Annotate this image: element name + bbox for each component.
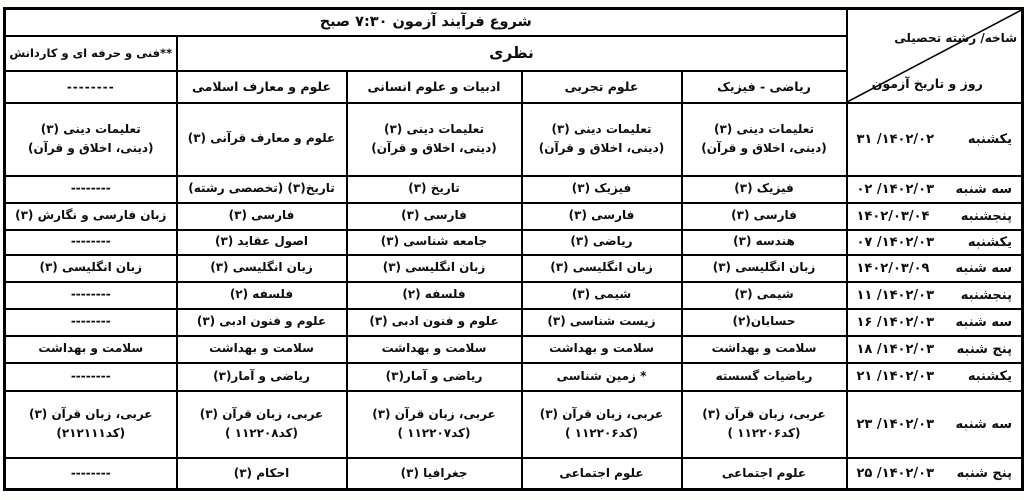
subject-cell-math-physics: شیمی (۳) (682, 282, 847, 309)
subject-cell-math-physics: فارسی (۳) (682, 203, 847, 230)
subject-line: جامعه شناسی (۳) (351, 232, 518, 251)
subject-line: جغرافیا (۳) (351, 464, 518, 483)
exam-date: ۱۴۰۲/۰۳/ ۲۵ (857, 466, 935, 481)
subject-cell-literature-humanities: تعلیمات دینی (۳)(دینی، اخلاق و قرآن) (347, 103, 522, 176)
schedule-row: پنج شنبه۱۴۰۲/۰۳/ ۱۸سلامت و بهداشتسلامت و… (5, 336, 1023, 363)
subject-cell-islamic-sciences: علوم و معارف قرآنی (۳) (177, 103, 347, 176)
day-name: سه شنبه (956, 182, 1012, 197)
schedule-row: سه شنبه۱۴۰۲/۰۳/ ۰۲فیزیک (۳)فیزیک (۳)تاری… (5, 176, 1023, 203)
subject-line: (کد۱۱۲۲۰۶ ) (686, 424, 843, 443)
subject-cell-islamic-sciences: سلامت و بهداشت (177, 336, 347, 363)
subject-line: زبان انگلیسی (۳) (686, 258, 843, 277)
subject-line: (کد۱۱۲۲۰۸ ) (181, 424, 343, 443)
subject-line: احکام (۳) (181, 464, 343, 483)
day-date-wrap: پنج شنبه۱۴۰۲/۰۳/ ۲۵ (848, 466, 1022, 481)
subject-cell-technical-vocational: -------- (5, 282, 177, 309)
subject-cell-technical-vocational: سلامت و بهداشت (5, 336, 177, 363)
day-name: پنج شنبه (957, 466, 1012, 481)
subject-cell-islamic-sciences: تاریخ(۳) (تخصصی رشته) (177, 176, 347, 203)
subject-line: -------- (9, 367, 173, 386)
column-header-math-physics: ریاضی - فیزیک (682, 71, 847, 103)
schedule-row: پنجشنبه۱۴۰۲/۰۳/۰۴فارسی (۳)فارسی (۳)فارسی… (5, 203, 1023, 230)
corner-header-cell: شاخه/ رشته تحصیلی روز و تاریخ آزمون (847, 9, 1023, 103)
exam-date: ۱۴۰۲/۰۳/۰۹ (857, 261, 930, 276)
day-name: پنجشنبه (961, 288, 1012, 303)
subject-cell-islamic-sciences: علوم و فنون ادبی (۳) (177, 309, 347, 336)
subject-line: (دینی، اخلاق و قرآن) (9, 139, 173, 158)
schedule-row: سه شنبه۱۴۰۲/۰۳/ ۲۳عربی، زبان قرآن (۳)(کد… (5, 391, 1023, 458)
subject-line: زیست شناسی (۳) (526, 312, 678, 331)
subject-line: علوم و فنون ادبی (۳) (181, 312, 343, 331)
subject-cell-technical-vocational: -------- (5, 309, 177, 336)
day-name: یکشنبه (968, 235, 1012, 250)
subject-cell-islamic-sciences: فارسی (۳) (177, 203, 347, 230)
exam-date: ۱۴۰۲/۰۳/۰۴ (857, 209, 930, 224)
day-name: پنجشنبه (961, 209, 1012, 224)
subject-cell-literature-humanities: ریاضی و آمار(۳) (347, 363, 522, 391)
subject-cell-literature-humanities: جامعه شناسی (۳) (347, 230, 522, 255)
day-date-wrap: پنج شنبه۱۴۰۲/۰۳/ ۱۸ (848, 342, 1022, 357)
subject-line: تعلیمات دینی (۳) (9, 120, 173, 139)
exam-start-time-note: شروع فرآیند آزمون ۷:۳۰ صبح (5, 9, 847, 36)
subject-line: سلامت و بهداشت (9, 339, 173, 358)
subject-cell-technical-vocational: -------- (5, 176, 177, 203)
column-header-literature-humanities: ادبیات و علوم انسانی (347, 71, 522, 103)
subject-line: -------- (9, 179, 173, 198)
schedule-row: یکشنبه۱۴۰۲/۰۳/ ۰۷هندسه (۳)ریاضی (۳)جامعه… (5, 230, 1023, 255)
subject-cell-literature-humanities: تاریخ (۳) (347, 176, 522, 203)
subject-line: شیمی (۳) (526, 285, 678, 304)
subject-line: فارسی (۳) (351, 206, 518, 225)
subject-line: زبان فارسی و نگارش (۳) (9, 206, 173, 225)
subject-line: ریاضیات گسسته (686, 367, 843, 386)
subject-line: هندسه (۳) (686, 232, 843, 251)
subject-line: -------- (9, 464, 173, 483)
schedule-row: سه شنبه۱۴۰۲/۰۳/ ۱۶حسابان(۲)زیست شناسی (۳… (5, 309, 1023, 336)
day-name: سه شنبه (956, 261, 1012, 276)
exam-schedule-table: شاخه/ رشته تحصیلی روز و تاریخ آزمون شروع… (3, 7, 1024, 491)
subject-line: ریاضی و آمار(۳) (351, 367, 518, 386)
subject-cell-math-physics: تعلیمات دینی (۳)(دینی، اخلاق و قرآن) (682, 103, 847, 176)
subject-line: تاریخ (۳) (351, 179, 518, 198)
column-header-experimental-sciences: علوم تجربی (522, 71, 682, 103)
day-name: سه شنبه (956, 417, 1012, 432)
schedule-row: یکشنبه۱۴۰۲/۰۳/ ۲۱ریاضیات گسسته* زمین شنا… (5, 363, 1023, 391)
subject-cell-experimental-sciences: سلامت و بهداشت (522, 336, 682, 363)
day-date-cell: پنج شنبه۱۴۰۲/۰۳/ ۱۸ (847, 336, 1023, 363)
exam-date: ۱۴۰۲/۰۳/ ۲۱ (857, 369, 935, 384)
subject-cell-technical-vocational: زبان انگلیسی (۳) (5, 255, 177, 282)
day-date-cell: سه شنبه۱۴۰۲/۰۳/ ۲۳ (847, 391, 1023, 458)
day-date-wrap: پنجشنبه۱۴۰۲/۰۳/۰۴ (848, 209, 1022, 224)
subject-cell-experimental-sciences: شیمی (۳) (522, 282, 682, 309)
subject-cell-islamic-sciences: عربی، زبان قرآن (۳)(کد۱۱۲۲۰۸ ) (177, 391, 347, 458)
subject-line: عربی، زبان قرآن (۳) (9, 405, 173, 424)
subject-cell-technical-vocational: -------- (5, 230, 177, 255)
exam-date: ۱۴۰۲/۰۳/ ۱۸ (857, 342, 935, 357)
subject-cell-experimental-sciences: فیزیک (۳) (522, 176, 682, 203)
subject-line: (دینی، اخلاق و قرآن) (526, 139, 678, 158)
subject-line: فیزیک (۳) (686, 179, 843, 198)
subject-cell-literature-humanities: علوم و فنون ادبی (۳) (347, 309, 522, 336)
subject-line: سلامت و بهداشت (351, 339, 518, 358)
column-header-technical-dashes: -------- (5, 71, 177, 103)
subject-cell-literature-humanities: زبان انگلیسی (۳) (347, 255, 522, 282)
subject-line: عربی، زبان قرآن (۳) (686, 405, 843, 424)
subject-line: ریاضی (۳) (526, 232, 678, 251)
subject-cell-experimental-sciences: تعلیمات دینی (۳)(دینی، اخلاق و قرآن) (522, 103, 682, 176)
subject-cell-math-physics: ریاضیات گسسته (682, 363, 847, 391)
subject-cell-technical-vocational: -------- (5, 363, 177, 391)
subject-line: زبان انگلیسی (۳) (526, 258, 678, 277)
subject-cell-math-physics: حسابان(۲) (682, 309, 847, 336)
subject-line: (دینی، اخلاق و قرآن) (686, 139, 843, 158)
subject-cell-experimental-sciences: فارسی (۳) (522, 203, 682, 230)
subject-cell-literature-humanities: فارسی (۳) (347, 203, 522, 230)
subject-cell-experimental-sciences: * زمین شناسی (522, 363, 682, 391)
subject-cell-literature-humanities: فلسفه (۲) (347, 282, 522, 309)
subject-cell-math-physics: عربی، زبان قرآن (۳)(کد۱۱۲۲۰۶ ) (682, 391, 847, 458)
schedule-row: پنج شنبه۱۴۰۲/۰۳/ ۲۵علوم اجتماعیعلوم اجتم… (5, 458, 1023, 490)
schedule-row: یکشنبه۱۴۰۲/۰۲/ ۳۱تعلیمات دینی (۳)(دینی، … (5, 103, 1023, 176)
subject-line: علوم و معارف قرآنی (۳) (181, 129, 343, 148)
subject-cell-technical-vocational: عربی، زبان قرآن (۳)(کد۲۱۲۱۱۱) (5, 391, 177, 458)
subject-cell-technical-vocational: -------- (5, 458, 177, 490)
subject-cell-islamic-sciences: احکام (۳) (177, 458, 347, 490)
subject-cell-literature-humanities: جغرافیا (۳) (347, 458, 522, 490)
day-date-cell: سه شنبه۱۴۰۲/۰۳/۰۹ (847, 255, 1023, 282)
subject-line: عربی، زبان قرآن (۳) (526, 405, 678, 424)
day-date-wrap: سه شنبه۱۴۰۲/۰۳/۰۹ (848, 261, 1022, 276)
day-date-wrap: سه شنبه۱۴۰۲/۰۳/ ۰۲ (848, 182, 1022, 197)
branch-technical-label: **فنی و حرفه ای و کاردانش (5, 36, 177, 71)
subject-cell-experimental-sciences: زیست شناسی (۳) (522, 309, 682, 336)
exam-date: ۱۴۰۲/۰۳/ ۰۲ (857, 182, 935, 197)
exam-date: ۱۴۰۲/۰۳/ ۱۶ (857, 315, 935, 330)
subject-line: (کد۱۱۲۲۰۶ ) (526, 424, 678, 443)
subject-cell-experimental-sciences: ریاضی (۳) (522, 230, 682, 255)
column-header-islamic-sciences: علوم و معارف اسلامی (177, 71, 347, 103)
subject-line: -------- (9, 285, 173, 304)
exam-date: ۱۴۰۲/۰۲/ ۳۱ (857, 132, 935, 147)
subject-line: علوم و فنون ادبی (۳) (351, 312, 518, 331)
day-name: سه شنبه (956, 315, 1012, 330)
subject-line: فیزیک (۳) (526, 179, 678, 198)
subject-line: علوم اجتماعی (526, 464, 678, 483)
subject-cell-islamic-sciences: فلسفه (۲) (177, 282, 347, 309)
day-date-cell: سه شنبه۱۴۰۲/۰۳/ ۰۲ (847, 176, 1023, 203)
subject-cell-literature-humanities: سلامت و بهداشت (347, 336, 522, 363)
subject-line: سلامت و بهداشت (686, 339, 843, 358)
subject-line: (دینی، اخلاق و قرآن) (351, 139, 518, 158)
subject-line: عربی، زبان قرآن (۳) (351, 405, 518, 424)
subject-cell-math-physics: سلامت و بهداشت (682, 336, 847, 363)
corner-label-day-date: روز و تاریخ آزمون (872, 76, 983, 91)
day-date-wrap: سه شنبه۱۴۰۲/۰۳/ ۲۳ (848, 417, 1022, 432)
exam-schedule-page: شاخه/ رشته تحصیلی روز و تاریخ آزمون شروع… (0, 0, 1024, 500)
day-date-cell: پنجشنبه۱۴۰۲/۰۳/ ۱۱ (847, 282, 1023, 309)
subject-cell-islamic-sciences: زبان انگلیسی (۳) (177, 255, 347, 282)
subject-line: تعلیمات دینی (۳) (686, 120, 843, 139)
day-date-wrap: یکشنبه۱۴۰۲/۰۳/ ۰۷ (848, 235, 1022, 250)
subject-line: فارسی (۳) (181, 206, 343, 225)
subject-cell-technical-vocational: تعلیمات دینی (۳)(دینی، اخلاق و قرآن) (5, 103, 177, 176)
subject-cell-technical-vocational: زبان فارسی و نگارش (۳) (5, 203, 177, 230)
subject-cell-islamic-sciences: ریاضی و آمار(۳) (177, 363, 347, 391)
day-date-cell: یکشنبه۱۴۰۲/۰۳/ ۰۷ (847, 230, 1023, 255)
subject-line: عربی، زبان قرآن (۳) (181, 405, 343, 424)
subject-line: -------- (9, 312, 173, 331)
exam-date: ۱۴۰۲/۰۳/ ۱۱ (857, 288, 935, 303)
subject-line: حسابان(۲) (686, 312, 843, 331)
day-date-wrap: پنجشنبه۱۴۰۲/۰۳/ ۱۱ (848, 288, 1022, 303)
subject-line: زبان انگلیسی (۳) (351, 258, 518, 277)
subject-line: ریاضی و آمار(۳) (181, 367, 343, 386)
subject-line: زبان انگلیسی (۳) (9, 258, 173, 277)
subject-cell-math-physics: فیزیک (۳) (682, 176, 847, 203)
day-date-wrap: یکشنبه۱۴۰۲/۰۳/ ۲۱ (848, 369, 1022, 384)
subject-line: فارسی (۳) (686, 206, 843, 225)
subject-line: علوم اجتماعی (686, 464, 843, 483)
subject-line: اصول عقاید (۳) (181, 232, 343, 251)
exam-date: ۱۴۰۲/۰۳/ ۰۷ (857, 235, 935, 250)
subject-line: (کد۱۱۲۲۰۷ ) (351, 424, 518, 443)
day-date-cell: سه شنبه۱۴۰۲/۰۳/ ۱۶ (847, 309, 1023, 336)
subject-line: * زمین شناسی (526, 367, 678, 386)
subject-cell-math-physics: هندسه (۳) (682, 230, 847, 255)
subject-line: تعلیمات دینی (۳) (526, 120, 678, 139)
subject-line: فلسفه (۲) (351, 285, 518, 304)
branch-theoretical-label: نظری (177, 36, 847, 71)
day-date-cell: یکشنبه۱۴۰۲/۰۲/ ۳۱ (847, 103, 1023, 176)
day-date-cell: یکشنبه۱۴۰۲/۰۳/ ۲۱ (847, 363, 1023, 391)
subject-cell-experimental-sciences: علوم اجتماعی (522, 458, 682, 490)
subject-cell-math-physics: علوم اجتماعی (682, 458, 847, 490)
day-date-wrap: سه شنبه۱۴۰۲/۰۳/ ۱۶ (848, 315, 1022, 330)
subject-line: زبان انگلیسی (۳) (181, 258, 343, 277)
corner-label-branch: شاخه/ رشته تحصیلی (894, 31, 1017, 45)
exam-date: ۱۴۰۲/۰۳/ ۲۳ (857, 417, 935, 432)
day-date-wrap: یکشنبه۱۴۰۲/۰۲/ ۳۱ (848, 132, 1022, 147)
day-name: پنج شنبه (957, 342, 1012, 357)
day-name: یکشنبه (968, 369, 1012, 384)
subject-line: (کد۲۱۲۱۱۱) (9, 424, 173, 443)
subject-line: -------- (9, 232, 173, 251)
subject-cell-literature-humanities: عربی، زبان قرآن (۳)(کد۱۱۲۲۰۷ ) (347, 391, 522, 458)
day-name: یکشنبه (968, 132, 1012, 147)
subject-cell-islamic-sciences: اصول عقاید (۳) (177, 230, 347, 255)
subject-line: فلسفه (۲) (181, 285, 343, 304)
schedule-row: پنجشنبه۱۴۰۲/۰۳/ ۱۱شیمی (۳)شیمی (۳)فلسفه … (5, 282, 1023, 309)
subject-line: سلامت و بهداشت (526, 339, 678, 358)
subject-cell-math-physics: زبان انگلیسی (۳) (682, 255, 847, 282)
subject-line: شیمی (۳) (686, 285, 843, 304)
subject-cell-experimental-sciences: زبان انگلیسی (۳) (522, 255, 682, 282)
subject-line: تاریخ(۳) (تخصصی رشته) (181, 179, 343, 198)
subject-line: سلامت و بهداشت (181, 339, 343, 358)
day-date-cell: پنجشنبه۱۴۰۲/۰۳/۰۴ (847, 203, 1023, 230)
day-date-cell: پنج شنبه۱۴۰۲/۰۳/ ۲۵ (847, 458, 1023, 490)
schedule-body: یکشنبه۱۴۰۲/۰۲/ ۳۱تعلیمات دینی (۳)(دینی، … (5, 103, 1023, 490)
subject-line: فارسی (۳) (526, 206, 678, 225)
subject-line: تعلیمات دینی (۳) (351, 120, 518, 139)
subject-cell-experimental-sciences: عربی، زبان قرآن (۳)(کد۱۱۲۲۰۶ ) (522, 391, 682, 458)
schedule-row: سه شنبه۱۴۰۲/۰۳/۰۹زبان انگلیسی (۳)زبان ان… (5, 255, 1023, 282)
header-row-start: شاخه/ رشته تحصیلی روز و تاریخ آزمون شروع… (5, 9, 1023, 36)
